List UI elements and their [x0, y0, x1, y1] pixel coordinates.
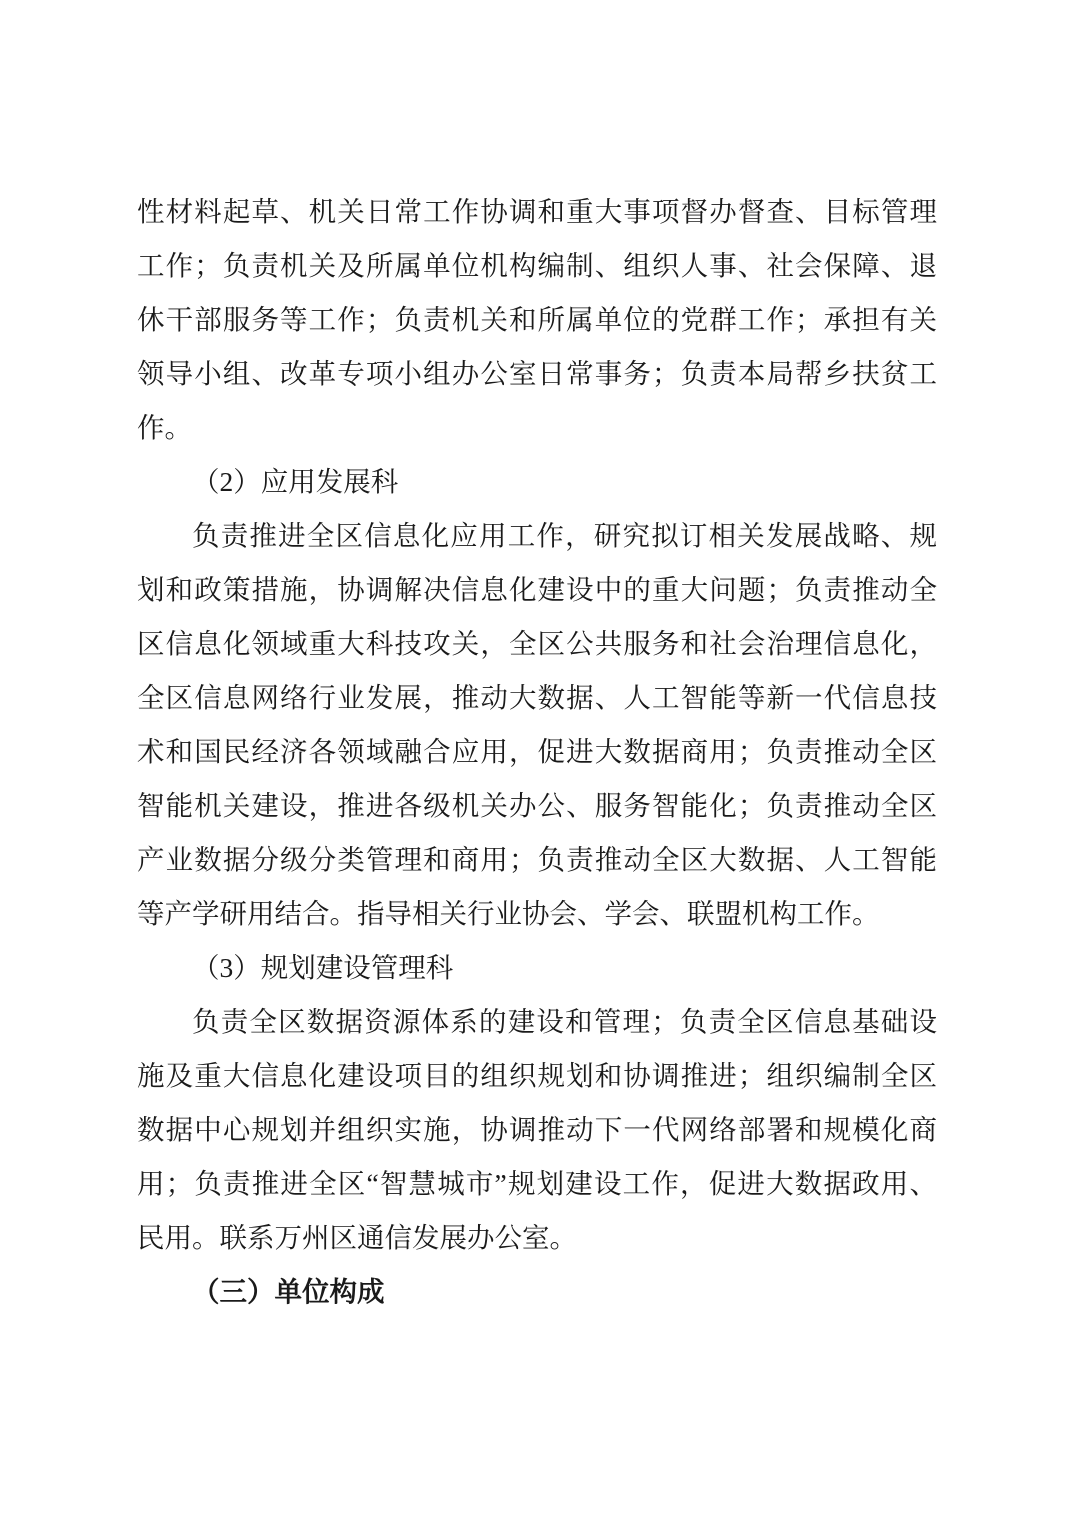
paragraph-line: 负责推进全区信息化应用工作，研究拟订相关发展战略、规	[137, 509, 937, 563]
paragraph-line: 休干部服务等工作；负责机关和所属单位的党群工作；承担有关	[137, 293, 937, 347]
paragraph-line: 用；负责推进全区“智慧城市”规划建设工作，促进大数据政用、	[137, 1157, 937, 1211]
paragraph-line: 数据中心规划并组织实施，协调推动下一代网络部署和规模化商	[137, 1103, 937, 1157]
paragraph-line: 智能机关建设，推进各级机关办公、服务智能化；负责推动全区	[137, 779, 937, 833]
paragraph-line: 产业数据分级分类管理和商用；负责推动全区大数据、人工智能	[137, 833, 937, 887]
paragraph-line: 术和国民经济各领域融合应用，促进大数据商用；负责推动全区	[137, 725, 937, 779]
section-heading-app-dev: （2）应用发展科	[137, 455, 937, 509]
paragraph-line: 领导小组、改革专项小组办公室日常事务；负责本局帮乡扶贫工	[137, 347, 937, 401]
paragraph-line: 作。	[137, 401, 937, 455]
section-heading-unit-composition: （三）单位构成	[137, 1265, 937, 1319]
paragraph-line: 划和政策措施，协调解决信息化建设中的重大问题；负责推动全	[137, 563, 937, 617]
paragraph-line: 区信息化领域重大科技攻关，全区公共服务和社会治理信息化，	[137, 617, 937, 671]
document-body: 性材料起草、机关日常工作协调和重大事项督办督查、目标管理 工作；负责机关及所属单…	[137, 185, 937, 1319]
paragraph-line: 负责全区数据资源体系的建设和管理；负责全区信息基础设	[137, 995, 937, 1049]
paragraph-line: 全区信息网络行业发展，推动大数据、人工智能等新一代信息技	[137, 671, 937, 725]
section-heading-planning: （3）规划建设管理科	[137, 941, 937, 995]
document-page: 性材料起草、机关日常工作协调和重大事项督办督查、目标管理 工作；负责机关及所属单…	[0, 0, 1074, 1520]
paragraph-line: 性材料起草、机关日常工作协调和重大事项督办督查、目标管理	[137, 185, 937, 239]
paragraph-line: 工作；负责机关及所属单位机构编制、组织人事、社会保障、退	[137, 239, 937, 293]
paragraph-line: 民用。联系万州区通信发展办公室。	[137, 1211, 937, 1265]
paragraph-line: 施及重大信息化建设项目的组织规划和协调推进；组织编制全区	[137, 1049, 937, 1103]
paragraph-line: 等产学研用结合。指导相关行业协会、学会、联盟机构工作。	[137, 887, 937, 941]
